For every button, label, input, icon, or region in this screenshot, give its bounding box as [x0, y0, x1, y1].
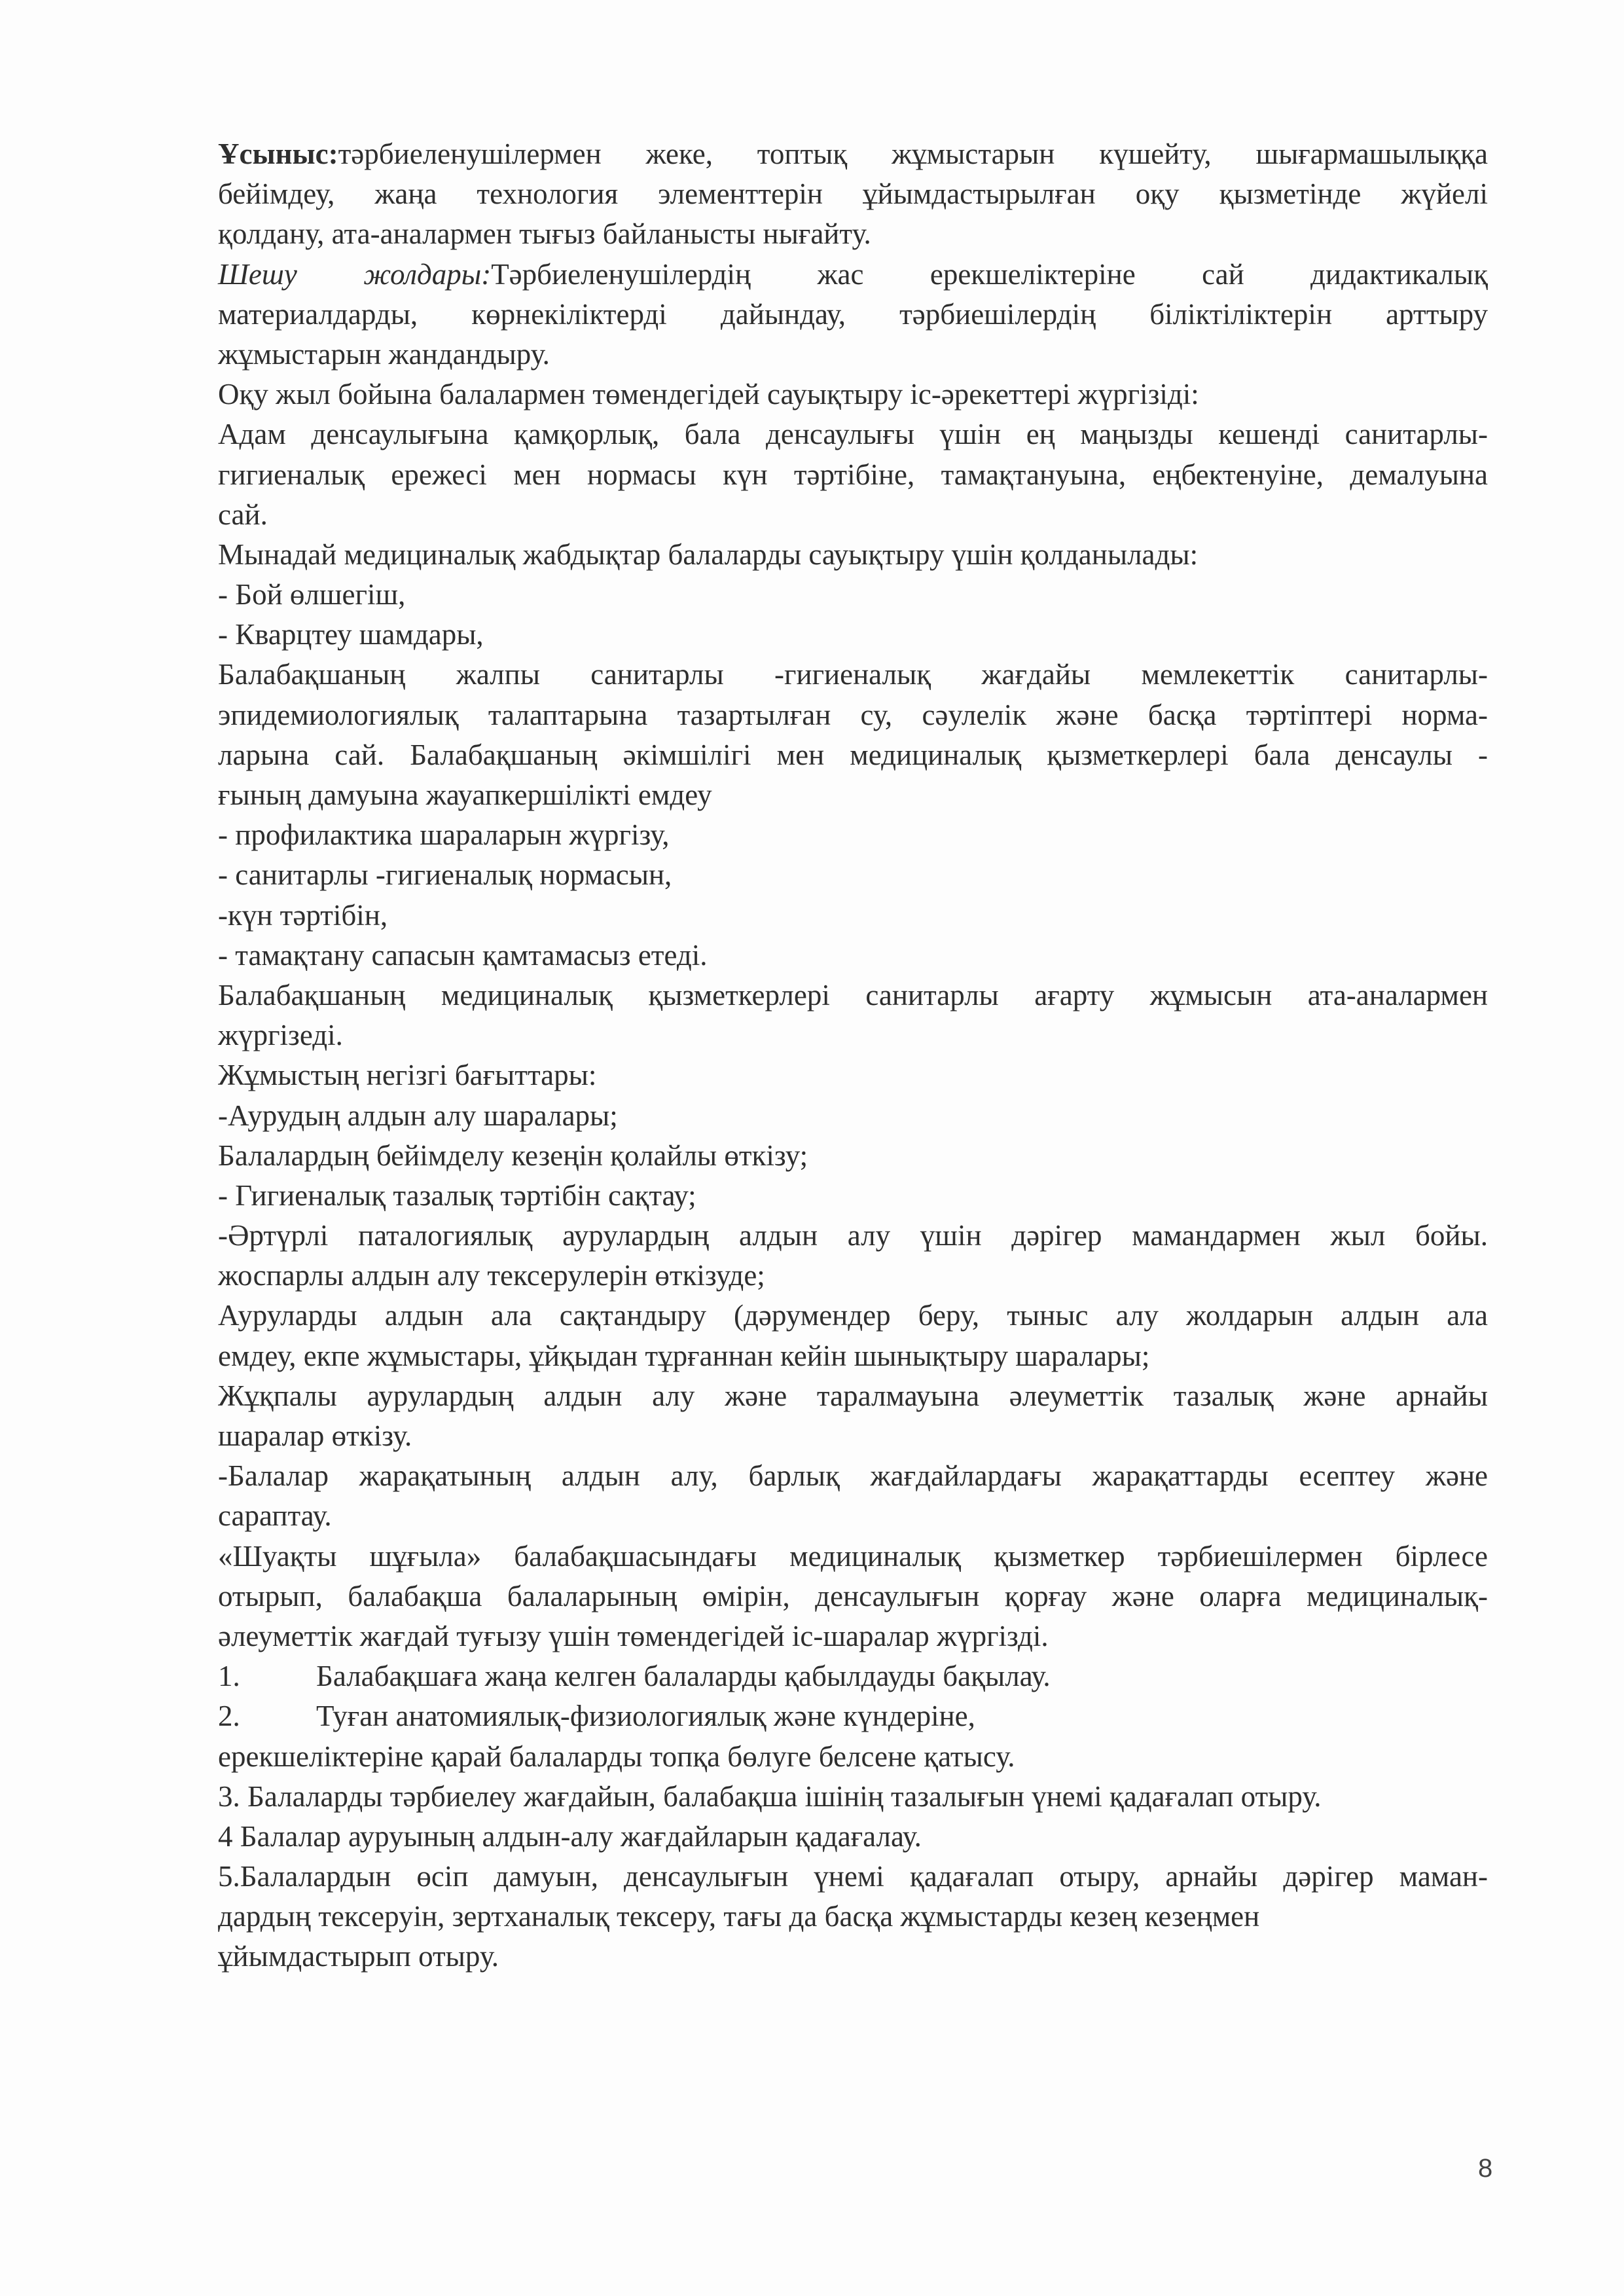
body-line: Мынадай медициналық жабдықтар балаларды …	[218, 535, 1488, 575]
solutions-line-2: материалдарды, көрнекіліктерді дайындау,…	[218, 295, 1488, 335]
body-line: - тамақтану сапасын қамтамасыз етеді.	[218, 936, 1488, 975]
body-line: -Аурудың алдын алу шаралары;	[218, 1096, 1488, 1136]
body-line: шаралар өткізу.	[218, 1416, 1488, 1456]
body-line: Жұмыстың негізгі бағыттары:	[218, 1055, 1488, 1095]
body-line: ларына сай. Балабақшаның әкімшілігі мен …	[218, 735, 1488, 775]
tail-line: дардың тексеруін, зертханалық тексеру, т…	[218, 1897, 1488, 1937]
numbered-item-1: 1.Балабақшаға жаңа келген балаларды қабы…	[218, 1656, 1488, 1696]
body-line: жүргізеді.	[218, 1015, 1488, 1055]
body-line: ғының дамуына жауапкершілікті емдеу	[218, 775, 1488, 815]
body-line: - санитарлы -гигиеналық нормасын,	[218, 855, 1488, 895]
body-line: Жұқпалы аурулардың алдын алу және таралм…	[218, 1376, 1488, 1416]
tail-line: 4 Балалар ауруының алдын-алу жағдайларын…	[218, 1817, 1488, 1857]
body-line: сараптау.	[218, 1496, 1488, 1536]
body-line: Оқу жыл бойына балалармен төмендегідей с…	[218, 374, 1488, 414]
recommendation-label: Ұсыныс:	[218, 137, 338, 170]
body-line: Балалардың бейімделу кезеңін қолайлы өтк…	[218, 1136, 1488, 1176]
body-line: Балабақшаның жалпы санитарлы -гигиеналық…	[218, 655, 1488, 695]
tail-paragraphs: ерекшеліктеріне қарай балаларды топқа бө…	[218, 1737, 1488, 1977]
tail-line: 5.Балалардын өсіп дамуын, денсаулығын үн…	[218, 1857, 1488, 1897]
recommendation-line-2: бейімдеу, жаңа технология элементтерін ұ…	[218, 174, 1488, 214]
tail-line: ерекшеліктеріне қарай балаларды топқа бө…	[218, 1737, 1488, 1777]
body-line: Ауруларды алдын ала сақтандыру (дәруменд…	[218, 1296, 1488, 1336]
body-line: - Кварцтеу шамдары,	[218, 615, 1488, 655]
numbered-item-2: 2.Туған анатомиялық-физиологиялық және к…	[218, 1696, 1488, 1736]
solutions-label: Шешу жолдары:	[218, 258, 491, 291]
body-line: Адам денсаулығына қамқорлық, бала денсау…	[218, 414, 1488, 454]
body-line: -күн тәртібін,	[218, 896, 1488, 936]
body-line: эпидемиологиялық талаптарына тазартылған…	[218, 695, 1488, 735]
body-line: Балабақшаның медициналық қызметкерлері с…	[218, 975, 1488, 1015]
solutions-line-3: жұмыстарын жандандыру.	[218, 335, 1488, 374]
tail-line: ұйымдастырып отыру.	[218, 1937, 1488, 1977]
body-line: «Шуақты шұғыла» балабақшасындағы медицин…	[218, 1537, 1488, 1576]
body-line: - профилактика шараларын жүргізу,	[218, 815, 1488, 855]
body-paragraphs: Оқу жыл бойына балалармен төмендегідей с…	[218, 374, 1488, 1656]
body-line: - Гигиеналық тазалық тәртібін сақтау;	[218, 1176, 1488, 1216]
body-line: сай.	[218, 495, 1488, 535]
tail-line: 3. Балаларды тәрбиелеу жағдайын, балабақ…	[218, 1777, 1488, 1817]
body-line: жоспарлы алдын алу тексерулерін өткізуде…	[218, 1256, 1488, 1296]
document-page: Ұсыныс:тәрбиеленушілермен жеке, топтық ж…	[0, 0, 1624, 2296]
body-line: гигиеналық ережесі мен нормасы күн тәрті…	[218, 455, 1488, 495]
body-line: емдеу, екпе жұмыстары, ұйқыдан тұрғаннан…	[218, 1336, 1488, 1376]
body-line: әлеуметтік жағдай туғызу үшін төмендегід…	[218, 1616, 1488, 1656]
page-body: Ұсыныс:тәрбиеленушілермен жеке, топтық ж…	[218, 134, 1488, 1977]
body-line: -Әртүрлі паталогиялық аурулардың алдын а…	[218, 1216, 1488, 1256]
body-line: -Балалар жарақатының алдын алу, барлық ж…	[218, 1456, 1488, 1496]
body-line: отырып, балабақша балаларының өмірін, де…	[218, 1576, 1488, 1616]
recommendation-line-1: Ұсыныс:тәрбиеленушілермен жеке, топтық ж…	[218, 134, 1488, 174]
solutions-line-1: Шешу жолдары:Тәрбиеленушілердің жас ерек…	[218, 255, 1488, 295]
recommendation-line-3: қолдану, ата-аналармен тығыз байланысты …	[218, 214, 1488, 254]
body-line: - Бой өлшегіш,	[218, 575, 1488, 615]
page-number: 8	[1478, 2154, 1492, 2183]
